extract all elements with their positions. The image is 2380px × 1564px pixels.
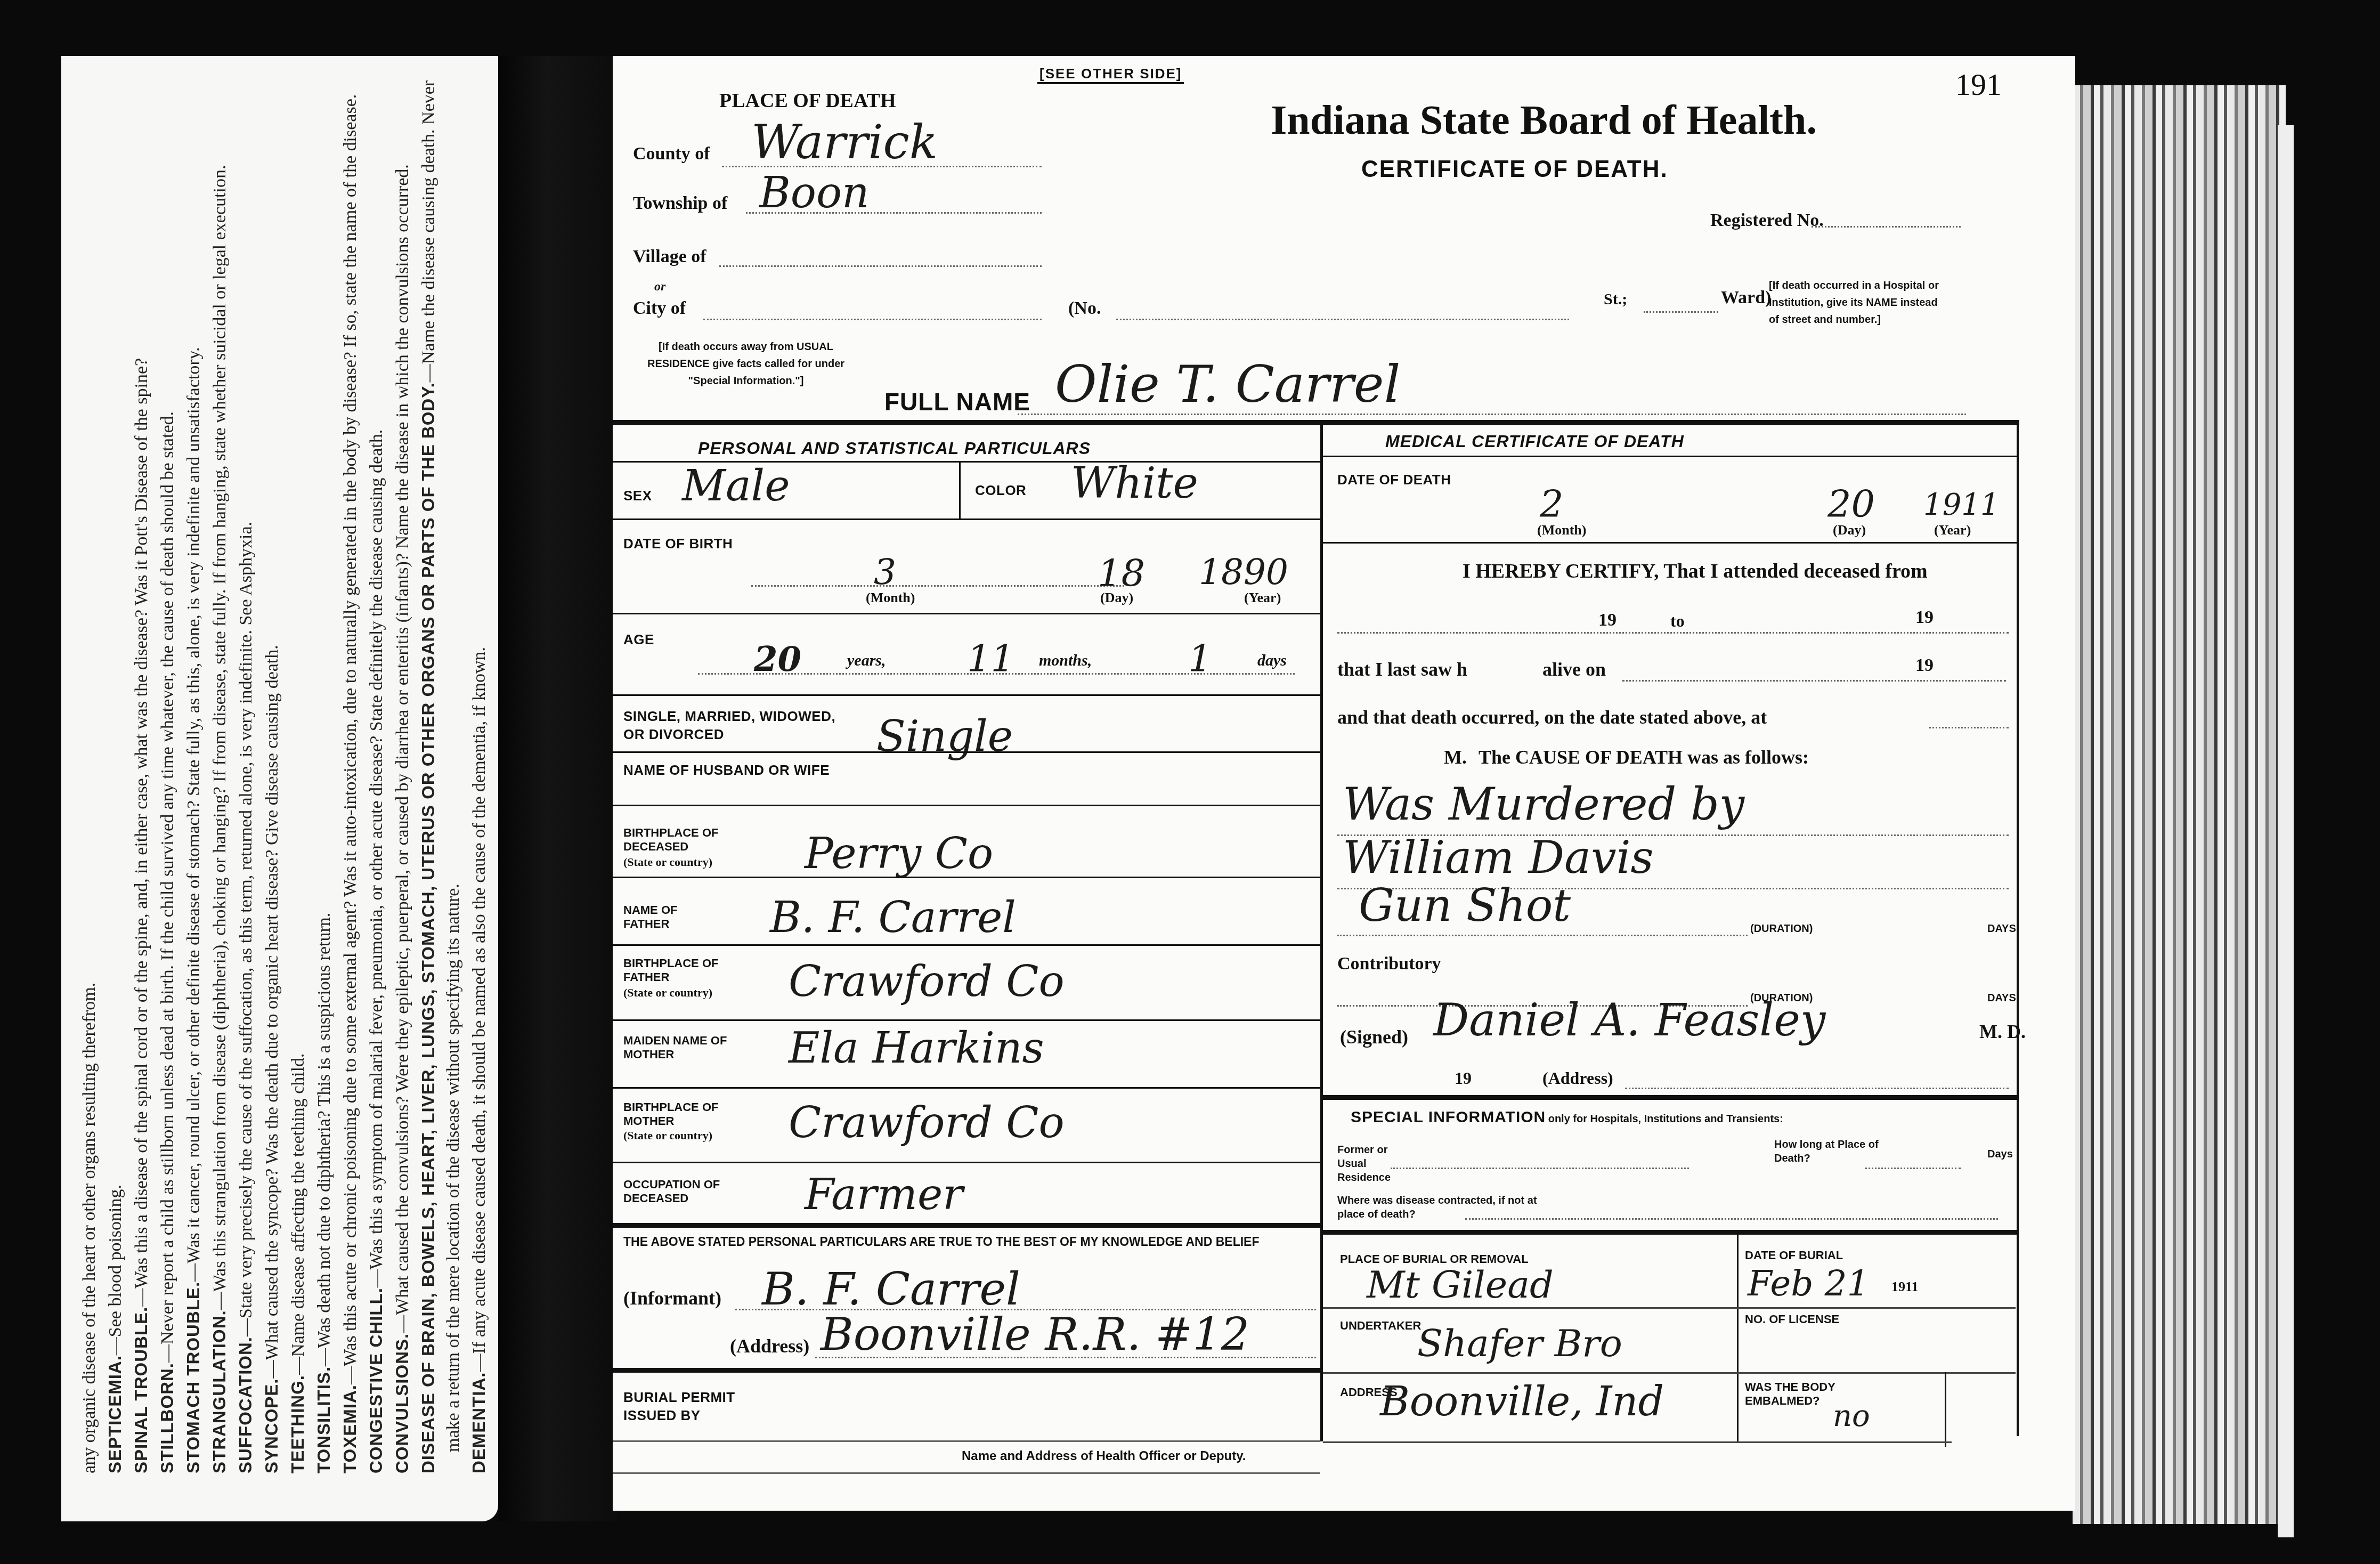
mother-birthplace-field[interactable]: Crawford Co: [789, 1098, 1065, 1147]
page-edge-stack: [2073, 85, 2286, 1524]
instruction-item: TEETHING.—Name disease affecting the tee…: [286, 77, 311, 1473]
section-rule: [613, 1223, 1320, 1228]
informant-statement: THE ABOVE STATED PERSONAL PARTICULARS AR…: [623, 1234, 1311, 1250]
page-edge: [2278, 125, 2294, 1537]
birthplace-field[interactable]: Perry Co: [805, 829, 993, 878]
instruction-term: SUFFOCATION.: [235, 1336, 255, 1473]
informant-field[interactable]: B. F. Carrel: [762, 1263, 1020, 1315]
page-number: 191: [1955, 67, 2002, 102]
death-occurred-label: and that death occurred, on the date sta…: [1337, 706, 1767, 728]
health-officer-caption: Name and Address of Health Officer or De…: [962, 1449, 1246, 1463]
instruction-text: —Was this a symptom of malarial fever, p…: [367, 430, 386, 1287]
dob-line: [751, 585, 1124, 587]
instruction-text: —Was death not due to diphtheria? This i…: [314, 913, 334, 1366]
physician-address-label: (Address): [1542, 1068, 1613, 1088]
occupation-label: OCCUPATION OF DECEASED: [623, 1178, 741, 1205]
father-birthplace-field[interactable]: Crawford Co: [789, 957, 1065, 1006]
dob-month-caption: (Month): [866, 590, 915, 606]
duration-label: (DURATION): [1750, 922, 1813, 936]
contributory-label: Contributory: [1337, 954, 1441, 974]
dod-day-field[interactable]: 20: [1827, 482, 1875, 526]
father-field[interactable]: B. F. Carrel: [770, 893, 1016, 942]
mother-field[interactable]: Ela Harkins: [789, 1023, 1044, 1073]
instruction-text: —Was this strangulation from disease (di…: [210, 165, 230, 1310]
book-spine: [498, 56, 618, 1521]
full-name-label: FULL NAME: [884, 387, 1030, 416]
birthplace-label: BIRTHPLACE OF DECEASED: [623, 826, 783, 854]
physician-signature[interactable]: Daniel A. Feasley: [1433, 994, 1825, 1046]
undertaker-field[interactable]: Shafer Bro: [1417, 1322, 1622, 1365]
attended-dates-field[interactable]: [1337, 631, 2009, 634]
spouse-field[interactable]: [911, 765, 1284, 802]
license-label: NO. OF LICENSE: [1745, 1312, 1839, 1326]
alive-19: 19: [1915, 655, 1934, 676]
to-word: to: [1670, 611, 1685, 631]
age-months-field[interactable]: 11: [967, 637, 1014, 680]
instruction-item: DROPSY.—Name the disease in which the "D…: [493, 77, 498, 1473]
row-rule: [613, 1440, 1320, 1442]
or-label: or: [654, 280, 665, 294]
burial-date-field[interactable]: Feb 21: [1748, 1263, 1869, 1304]
color-field[interactable]: White: [1071, 458, 1198, 508]
full-name-field[interactable]: Olie T. Carrel: [1055, 354, 1400, 414]
instruction-term: CONVULSIONS.: [392, 1333, 412, 1473]
instruction-term: TOXEMIA.: [340, 1384, 360, 1473]
dod-day-caption: (Day): [1833, 522, 1866, 538]
row-rule: [613, 1087, 1320, 1089]
instruction-term: SYNCOPE.: [262, 1378, 281, 1473]
row-rule: [1323, 1372, 2016, 1374]
dob-day-field[interactable]: 18: [1098, 552, 1145, 595]
row-rule: [613, 1472, 1320, 1474]
instruction-term: SPINAL TROUBLE.: [131, 1307, 151, 1473]
row-rule: [613, 877, 1320, 878]
spouse-label: NAME OF HUSBAND OR WIFE: [623, 762, 830, 779]
m-label: M.: [1444, 746, 1467, 768]
instruction-item: any organic disease of the heart or othe…: [77, 77, 102, 1473]
mother-birthplace-caption: (State or country): [623, 1129, 712, 1142]
sex-field[interactable]: Male: [682, 461, 790, 510]
burial-year: 1911: [1891, 1279, 1919, 1295]
color-label: COLOR: [975, 482, 1026, 499]
father-birthplace-caption: (State or country): [623, 986, 712, 1000]
dob-year-caption: (Year): [1244, 590, 1281, 606]
informant-label: (Informant): [623, 1287, 721, 1309]
board-title: Indiana State Board of Health.: [1271, 96, 1817, 144]
township-label: Township of: [633, 193, 727, 214]
row-rule: [613, 1162, 1320, 1163]
last-seen-field[interactable]: [1622, 679, 2006, 682]
age-label: AGE: [623, 631, 654, 648]
county-field[interactable]: Warrick: [751, 115, 938, 169]
instruction-item: SUFFOCATION.—State very precisely the ca…: [233, 77, 258, 1473]
instruction-item: SPINAL TROUBLE.—Was this a disease of th…: [129, 77, 154, 1473]
to-19: 19: [1915, 607, 1934, 628]
hospital-note: [If death occurred in a Hospital or Inst…: [1769, 277, 1939, 328]
signed-label: (Signed): [1340, 1026, 1408, 1048]
dob-year-field[interactable]: 1890: [1199, 552, 1288, 593]
medical-heading: MEDICAL CERTIFICATE OF DEATH: [1385, 432, 1684, 451]
age-years-field[interactable]: 20: [754, 639, 801, 679]
instruction-text: —If any acute disease caused death, it s…: [469, 647, 489, 1372]
row-rule: [613, 944, 1320, 946]
cause-line-2[interactable]: William Davis: [1343, 831, 1654, 884]
row-rule: [1323, 456, 2018, 457]
city-field[interactable]: [703, 318, 1042, 320]
former-residence-field[interactable]: [1391, 1167, 1689, 1169]
left-page-instructions: any organic disease of the heart or othe…: [61, 56, 498, 1521]
cause-line-3[interactable]: Gun Shot: [1359, 879, 1571, 931]
marital-field[interactable]: Single: [876, 711, 1013, 761]
dod-year-caption: (Year): [1934, 522, 1971, 538]
burial-date-label: DATE OF BURIAL: [1745, 1249, 1843, 1262]
right-border: [2017, 424, 2019, 1436]
license-field[interactable]: [1745, 1330, 2011, 1367]
father-birthplace-label: BIRTHPLACE OF FATHER: [623, 957, 762, 984]
row-rule: [613, 613, 1320, 614]
special-info-subtitle: only for Hospitals, Institutions and Tra…: [1548, 1113, 1783, 1125]
months-word: months,: [1039, 652, 1092, 670]
instruction-term: DEMENTIA.: [469, 1372, 489, 1474]
dod-month-caption: (Month): [1537, 522, 1586, 538]
contracted-field[interactable]: [1465, 1218, 1998, 1220]
instruction-text: —State very precisely the cause of the s…: [236, 522, 256, 1336]
instruction-text: —See blood poisoning.: [105, 1185, 125, 1355]
dod-month-field[interactable]: 2: [1540, 482, 1564, 526]
row-rule: [613, 805, 1320, 806]
village-field[interactable]: [719, 265, 1042, 267]
instruction-text: —Was it cancer, round ulcer, or other de…: [184, 347, 204, 1282]
county-label: County of: [633, 144, 710, 164]
instruction-term: SEPTICEMIA.: [105, 1355, 125, 1473]
section-rule: [1323, 1095, 2018, 1100]
years-word: years,: [847, 652, 886, 670]
instruction-item: DISEASE OF BRAIN, BOWELS, HEART, LIVER, …: [416, 77, 466, 1473]
father-label: NAME OF FATHER: [623, 903, 698, 931]
see-other-side-note: [SEE OTHER SIDE]: [1037, 66, 1184, 84]
from-19: 19: [1598, 610, 1617, 630]
cause-line: [1337, 934, 1748, 936]
days-word: days: [1257, 652, 1287, 670]
undertaker-address-field[interactable]: Boonville, Ind: [1380, 1377, 1664, 1425]
informant-address-field[interactable]: Boonville R.R. #12: [821, 1308, 1249, 1360]
row-rule: [1323, 1307, 2016, 1309]
burial-divider: [1737, 1234, 1739, 1441]
instruction-item: TOXEMIA.—Was this acute or chronic poiso…: [338, 77, 363, 1473]
instruction-item: SEPTICEMIA.—See blood poisoning.: [103, 77, 128, 1473]
residence-note: [If death occurs away from USUAL RESIDEN…: [634, 338, 858, 390]
instruction-term: TONSILITIS.: [314, 1366, 334, 1473]
street-no-label: (No.: [1068, 298, 1101, 319]
burial-place-field[interactable]: Mt Gilead: [1367, 1263, 1554, 1307]
instruction-text: any organic disease of the heart or othe…: [79, 983, 99, 1473]
instruction-item: STRANGULATION.—Was this strangulation fr…: [207, 77, 232, 1473]
burial-permit-field[interactable]: [623, 1417, 1316, 1439]
marital-label: SINGLE, MARRIED, WIDOWED, OR DIVORCED: [623, 707, 847, 743]
mother-birthplace-label: BIRTHPLACE OF MOTHER: [623, 1100, 762, 1128]
row-rule: [1323, 1441, 1952, 1443]
row-rule: [1323, 542, 2018, 544]
township-field[interactable]: Boon: [759, 168, 870, 217]
instruction-text: —What caused the syncope? Was the death …: [262, 645, 282, 1378]
physician-address-field[interactable]: [1625, 1087, 2009, 1089]
registered-no-label: Registered No.: [1710, 210, 1824, 231]
ward-field[interactable]: [1644, 311, 1718, 313]
village-label: Village of: [633, 247, 706, 267]
instruction-text: —What caused the convulsions? Were they …: [393, 164, 412, 1333]
row-rule: [613, 1019, 1320, 1021]
sex-color-divider: [959, 461, 961, 520]
informant-address-label: (Address): [730, 1335, 809, 1357]
row-rule: [613, 694, 1320, 696]
instruction-text: —Name disease affecting the teething chi…: [288, 1053, 308, 1375]
special-days-label: Days: [1987, 1147, 2013, 1161]
dod-year-field[interactable]: 1911: [1923, 488, 2000, 522]
instruction-item: STILLBORN.—Never report a child as still…: [155, 77, 180, 1473]
alive-on-label: alive on: [1542, 658, 1606, 680]
section-rule: [1323, 1230, 2018, 1235]
instructions-text: any organic disease of the heart or othe…: [61, 56, 498, 1495]
column-divider: [1320, 424, 1323, 1441]
how-long-label: How long at Place of Death?: [1774, 1138, 1881, 1165]
instruction-text: —Never report a child as stillborn unles…: [158, 411, 177, 1363]
how-long-field[interactable]: [1865, 1167, 1961, 1169]
mother-label: MAIDEN NAME OF MOTHER: [623, 1034, 730, 1061]
instruction-text: —Was this acute or chronic poisoning due…: [340, 94, 360, 1384]
birthplace-caption: (State or country): [623, 855, 712, 869]
certify-statement: I HEREBY CERTIFY, That I attended deceas…: [1463, 560, 1928, 583]
street-field[interactable]: [1116, 318, 1569, 320]
days-label-2: DAYS: [1987, 991, 2016, 1005]
dob-month-field[interactable]: 3: [874, 552, 896, 593]
death-certificate: [SEE OTHER SIDE] 191 Indiana State Board…: [613, 56, 2075, 1511]
certificate-title: CERTIFICATE OF DEATH.: [1361, 156, 1668, 183]
cause-heading: The CAUSE OF DEATH was as follows:: [1479, 746, 1809, 768]
row-rule: [613, 518, 1320, 520]
sig-19: 19: [1455, 1068, 1472, 1088]
instruction-term: STOMACH TROUBLE.: [183, 1282, 203, 1473]
city-label: City of: [633, 298, 686, 319]
special-info-heading: SPECIAL INFORMATION only for Hospitals, …: [1351, 1108, 1783, 1127]
registered-no-field[interactable]: [1812, 225, 1961, 228]
instruction-term: STRANGULATION.: [209, 1310, 229, 1473]
personal-heading: PERSONAL AND STATISTICAL PARTICULARS: [698, 439, 1091, 458]
instruction-term: CONGESTIVE CHILL.: [366, 1287, 386, 1473]
death-time-field[interactable]: [1929, 726, 2009, 728]
sex-label: SEX: [623, 488, 652, 504]
street-label: St.;: [1604, 290, 1627, 309]
instruction-item: TONSILITIS.—Was death not due to diphthe…: [312, 77, 337, 1473]
md-label: M. D.: [1979, 1020, 2026, 1043]
place-of-death-heading: PLACE OF DEATH: [719, 89, 896, 112]
instruction-term: STILLBORN.: [157, 1363, 177, 1473]
former-residence-label: Former or Usual Residence: [1337, 1143, 1417, 1185]
section-rule: [613, 1368, 1320, 1373]
instruction-item: CONGESTIVE CHILL.—Was this a symptom of …: [364, 77, 389, 1473]
instruction-item: SYNCOPE.—What caused the syncope? Was th…: [259, 77, 285, 1473]
instruction-item: DEMENTIA.—If any acute disease caused de…: [467, 77, 492, 1473]
special-info-title: SPECIAL INFORMATION: [1351, 1108, 1546, 1126]
header-divider: [613, 420, 2019, 425]
days-label: DAYS: [1987, 922, 2016, 936]
occupation-field[interactable]: Farmer: [805, 1170, 963, 1219]
embalmed-box-edge: [1945, 1372, 1946, 1447]
last-saw-label: that I last saw h: [1337, 658, 1467, 680]
instruction-item: CONVULSIONS.—What caused the convulsions…: [390, 77, 415, 1473]
row-rule: [613, 751, 1320, 753]
instruction-term: DISEASE OF BRAIN, BOWELS, HEART, LIVER, …: [418, 382, 438, 1473]
instruction-term: TEETHING.: [288, 1375, 307, 1473]
dob-day-caption: (Day): [1100, 590, 1133, 606]
embalmed-field[interactable]: no: [1833, 1399, 1870, 1433]
cause-line-1[interactable]: Was Murdered by: [1343, 778, 1744, 830]
undertaker-label: UNDERTAKER: [1340, 1319, 1421, 1333]
instruction-item: STOMACH TROUBLE.—Was it cancer, round ul…: [181, 77, 206, 1473]
dob-label: DATE OF BIRTH: [623, 536, 733, 552]
ward-label: Ward): [1721, 288, 1771, 308]
instruction-text: —Was this a disease of the spinal cord o…: [132, 358, 151, 1307]
age-days-field[interactable]: 1: [1188, 637, 1212, 680]
dod-label: DATE OF DEATH: [1337, 472, 1451, 488]
